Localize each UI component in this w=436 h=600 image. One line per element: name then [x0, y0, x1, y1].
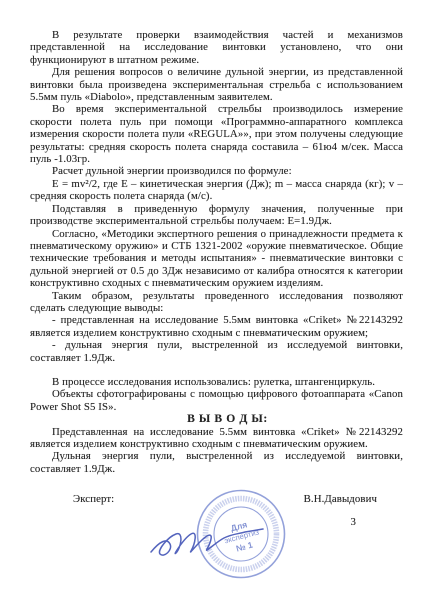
- paragraph: В процессе исследования использовались: …: [30, 376, 403, 388]
- paragraph: Согласно, «Методики экспертного решения …: [30, 228, 403, 290]
- conclusion-paragraph: Дульная энергия пули, выстреленной из ис…: [30, 450, 403, 475]
- conclusions-heading: В Ы В О Д Ы:: [30, 413, 403, 425]
- expert-label: Эксперт:: [73, 493, 114, 505]
- document-page: В результате проверки взаимодействия час…: [0, 0, 436, 600]
- paragraph: Объекты сфотографированы с помощью цифро…: [30, 388, 403, 413]
- document-body: В результате проверки взаимодействия час…: [30, 29, 403, 528]
- paragraph: В результате проверки взаимодействия час…: [30, 29, 403, 66]
- paragraph: Подставляя в приведенную формулу значени…: [30, 203, 403, 228]
- list-item: - представленная на исследование 5.5мм в…: [30, 314, 403, 339]
- paragraph: Для решения вопросов о величине дульной …: [30, 66, 403, 103]
- expert-signature-icon: [148, 520, 268, 564]
- paragraph: Расчет дульной энергии производился по ф…: [30, 165, 403, 177]
- formula-paragraph: Е = mv²/2, где Е – кинетическая энергия …: [30, 178, 403, 203]
- list-item: - дульная энергия пули, выстреленной из …: [30, 339, 403, 364]
- paragraph: Во время экспериментальной стрельбы прои…: [30, 103, 403, 165]
- expert-name: В.Н.Давыдович: [304, 493, 377, 505]
- paragraph: Таким образом, результаты проведенного и…: [30, 290, 403, 315]
- conclusion-paragraph: Представленная на исследование 5.5мм вин…: [30, 426, 403, 451]
